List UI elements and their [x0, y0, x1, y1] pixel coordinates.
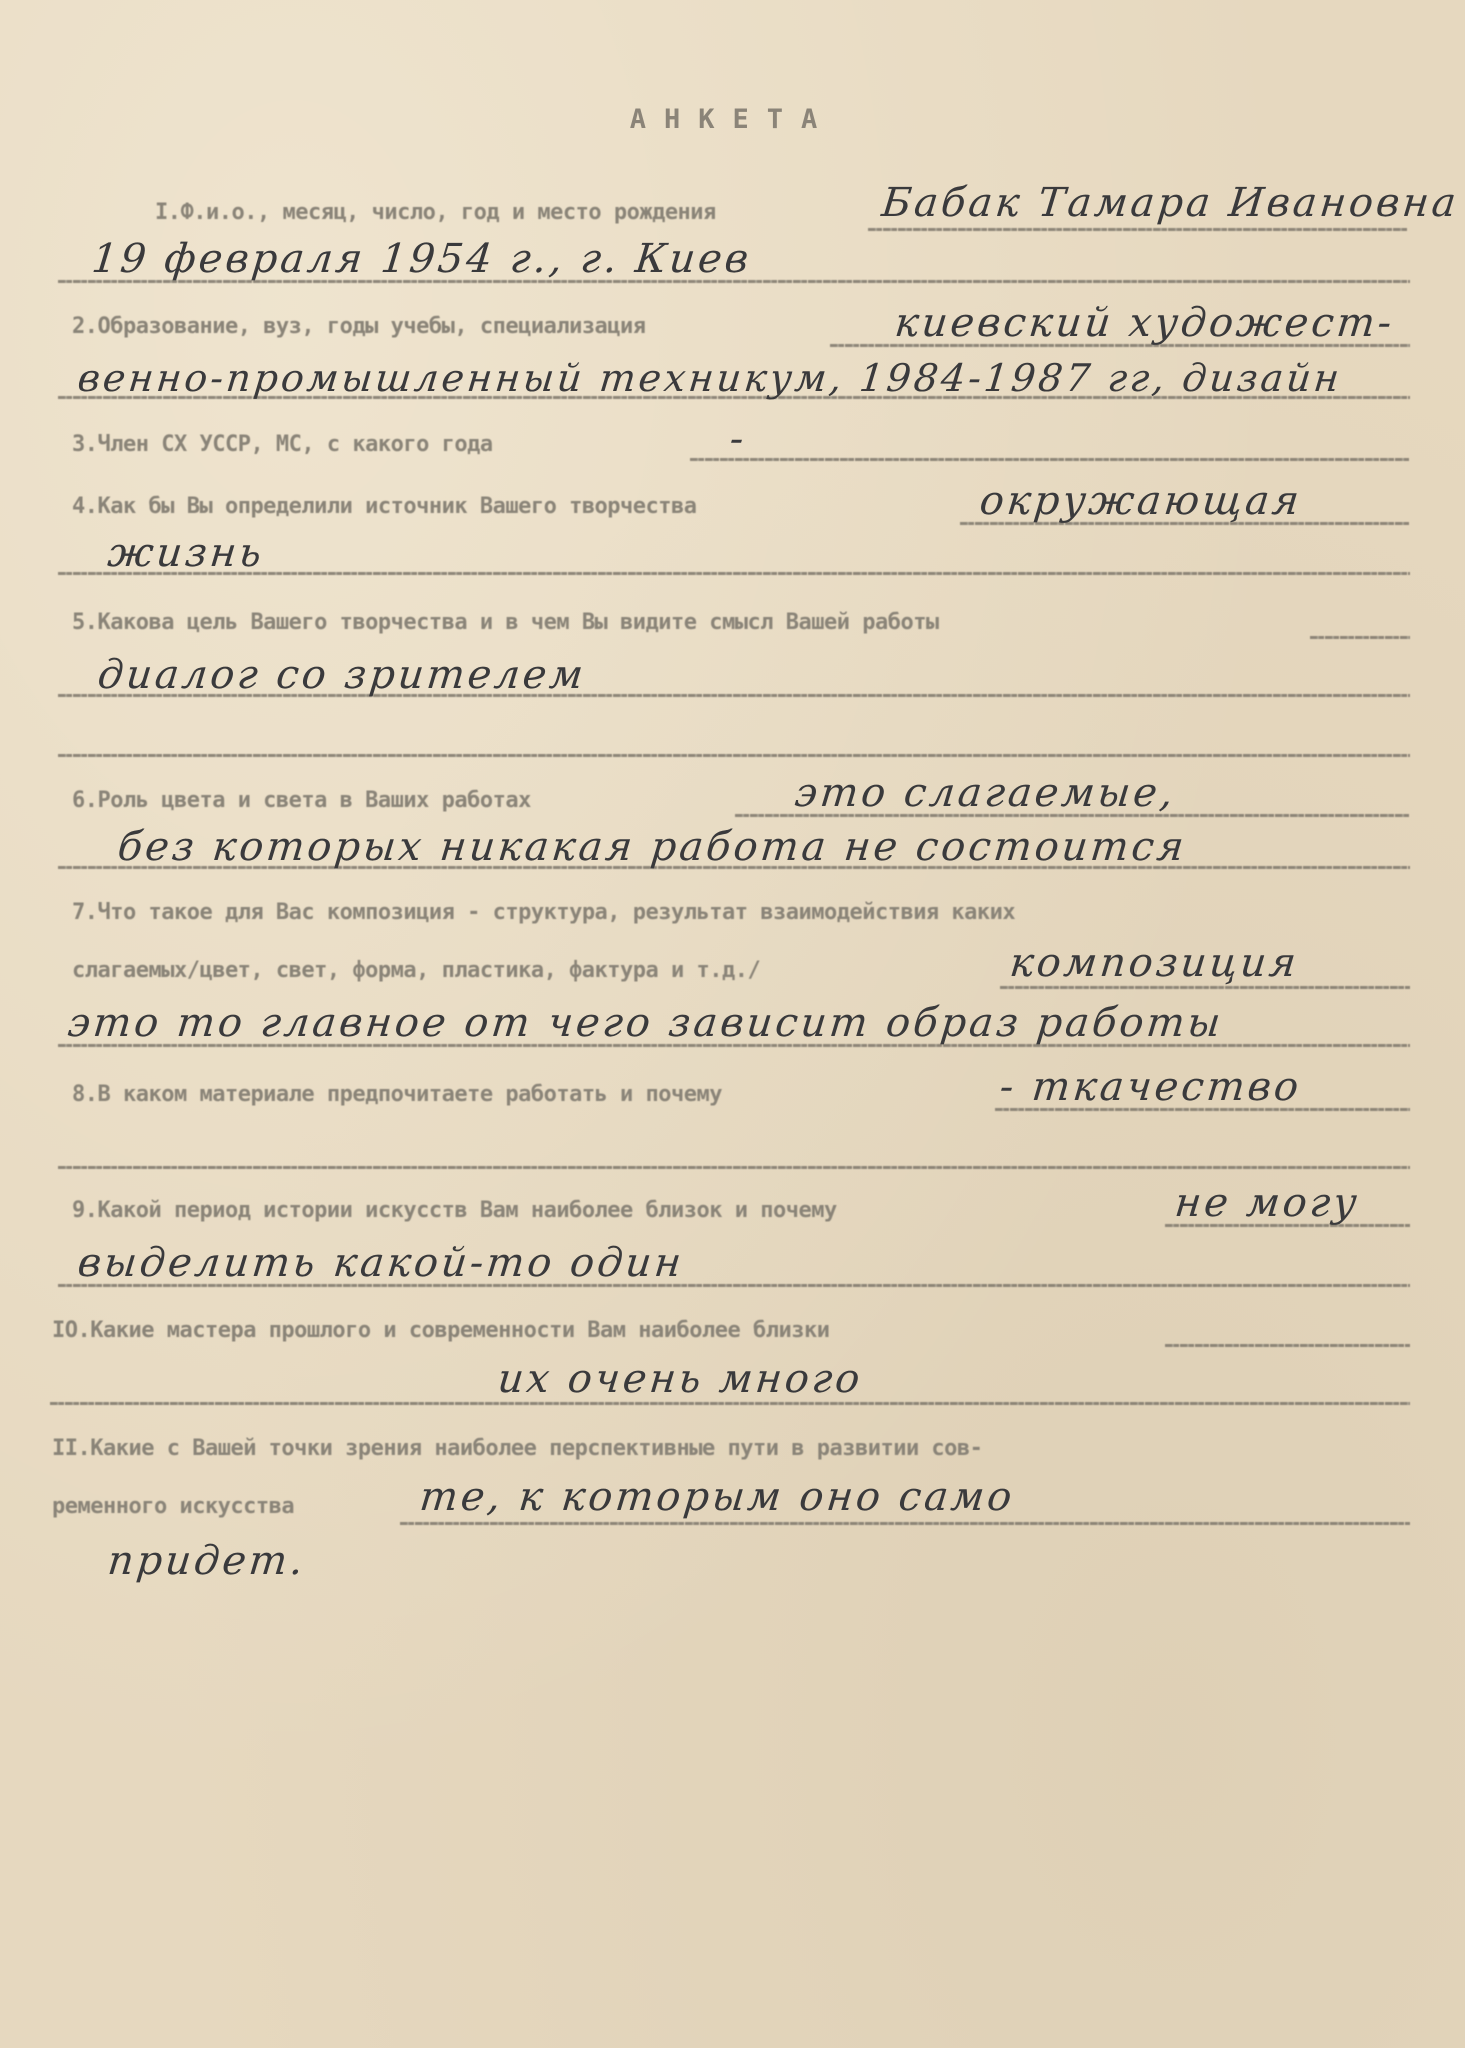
question-label: 5.Какова цель Вашего творчества и в чем …	[72, 610, 939, 635]
question-label: 2.Образование, вуз, годы учебы, специали…	[72, 314, 646, 339]
answer-line	[1310, 636, 1410, 639]
answer-text: диалог со зрителем	[96, 652, 589, 698]
question-label: 4.Как бы Вы определили источник Вашего т…	[72, 494, 697, 519]
answer-line	[58, 1166, 1410, 1169]
question-label: IO.Какие мастера прошлого и современност…	[52, 1318, 829, 1343]
answer-line	[50, 1402, 1410, 1405]
answer-text: Бабак Тамара Ивановна	[880, 180, 1462, 226]
answer-line	[58, 754, 1410, 757]
answer-text: без которых никакая работа не состоится	[116, 824, 1189, 870]
answer-text: венно-промышленный техникум, 1984-1987 г…	[76, 356, 1345, 400]
question-label: 3.Член СХ УССР, МС, с какого года	[72, 432, 493, 457]
answer-line	[690, 458, 1410, 461]
answer-text: -	[728, 416, 749, 462]
answer-text: 19 февраля 1954 г., г. Киев	[90, 236, 754, 282]
question-label-continued: слагаемых/цвет, свет, форма, пластика, ф…	[72, 958, 760, 983]
answer-text: их очень много	[496, 1356, 865, 1402]
answer-text: те, к которым оно само	[418, 1474, 1017, 1520]
page-title: АНКЕТА	[0, 104, 1465, 135]
answer-text: это слагаемые,	[793, 770, 1179, 816]
answer-text: не могу	[1173, 1180, 1362, 1226]
answer-text: выделить какой-то один	[76, 1240, 687, 1286]
question-label: 8.В каком материале предпочитаете работа…	[72, 1082, 722, 1107]
answer-line	[868, 228, 1408, 231]
answer-text: жизнь	[106, 530, 267, 576]
answer-line	[1000, 986, 1410, 989]
question-label-continued: ременного искусства	[52, 1494, 294, 1519]
answer-line	[400, 1522, 1410, 1525]
answer-text: композиция	[1008, 940, 1302, 986]
answer-text: это то главное от чего зависит образ раб…	[66, 1000, 1226, 1046]
questionnaire-page: АНКЕТА I.Ф.и.о., месяц, число, год и мес…	[0, 0, 1465, 2048]
question-label: 6.Роль цвета и света в Ваших работах	[72, 788, 531, 813]
question-label: 7.Что такое для Вас композиция - структу…	[72, 900, 1015, 925]
answer-line	[1165, 1344, 1410, 1347]
question-label: I.Ф.и.о., месяц, число, год и место рожд…	[155, 200, 716, 225]
answer-text: окружающая	[978, 478, 1305, 524]
question-label: II.Какие с Вашей точки зрения наиболее п…	[52, 1436, 982, 1461]
answer-text: - ткачество	[998, 1064, 1304, 1110]
answer-text: придет.	[106, 1538, 309, 1584]
answer-text: киевский художест-	[893, 300, 1397, 346]
question-label: 9.Какой период истории искусств Вам наиб…	[72, 1198, 837, 1223]
